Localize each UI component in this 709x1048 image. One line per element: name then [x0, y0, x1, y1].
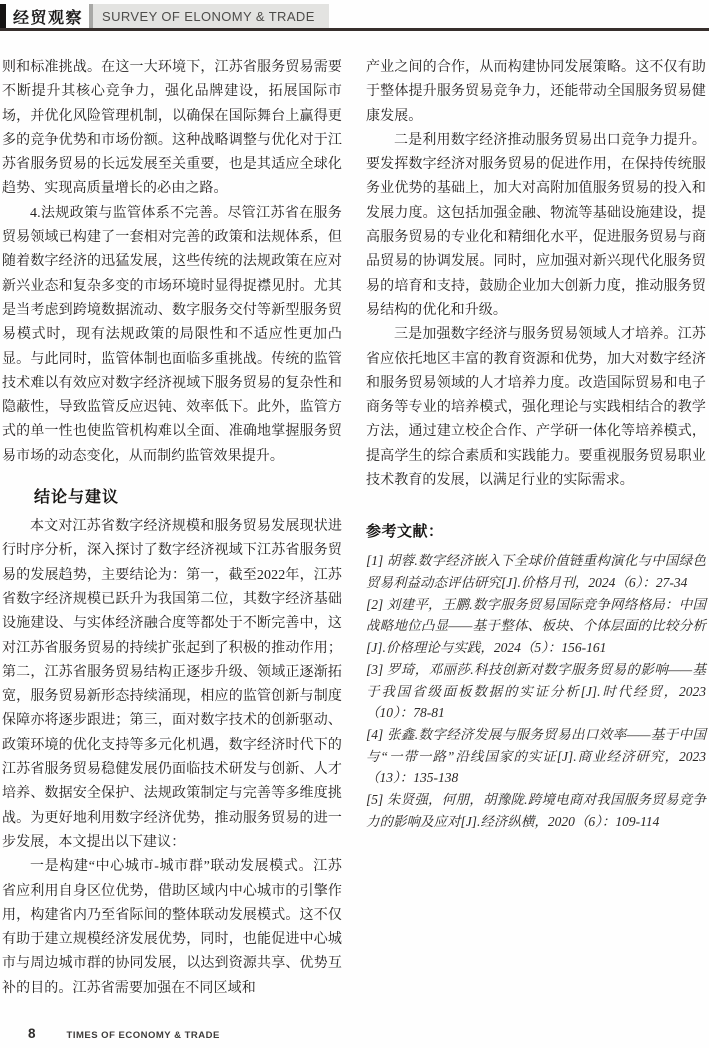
header-rule: [0, 28, 709, 31]
journal-page: 经贸观察 SURVEY OF ELONOMY & TRADE 则和标准挑战。在这…: [0, 0, 709, 1048]
reference-item: [1] 胡蓉.数字经济嵌入下全球价值链重构演化与中国绿色贸易利益动态评估研究[J…: [366, 550, 706, 593]
reference-item: [4] 张鑫.数字经济发展与服务贸易出口效率——基于中国与“一带一路”沿线国家的…: [366, 724, 706, 789]
reference-item: [3] 罗琦，邓丽莎.科技创新对数字服务贸易的影响——基于我国省级面板数据的实证…: [366, 659, 706, 724]
section-tag-english-box: SURVEY OF ELONOMY & TRADE: [93, 4, 329, 28]
paragraph-continuation: 则和标准挑战。在这一大环境下，江苏省服务贸易需要不断提升其核心竞争力，强化品牌建…: [2, 56, 342, 202]
paragraph-conclusions: 本文对江苏省数字经济规模和服务贸易发展现状进行时序分析，深入探讨了数字经济视域下…: [2, 515, 342, 855]
paragraph-suggestion-three: 三是加强数字经济与服务贸易领域人才培养。江苏省应依托地区丰富的教育资源和优势，加…: [366, 323, 706, 493]
paragraph-suggestion-one: 一是构建“中心城市-城市群”联动发展模式。江苏省应利用自身区位优势，借助区域内中…: [2, 855, 342, 1001]
section-tag-english: SURVEY OF ELONOMY & TRADE: [102, 9, 315, 24]
section-heading-conclusion: 结论与建议: [2, 484, 342, 507]
paragraph-continuation: 产业之间的合作，从而构建协同发展策略。这不仅有助于整体提升服务贸易竞争力，还能带…: [366, 56, 706, 129]
page-header: 经贸观察 SURVEY OF ELONOMY & TRADE: [0, 3, 709, 29]
left-column: 则和标准挑战。在这一大环境下，江苏省服务贸易需要不断提升其核心竞争力，强化品牌建…: [2, 56, 342, 1001]
paragraph-suggestion-two: 二是利用数字经济推动服务贸易出口竞争力提升。要发挥数字经济对服务贸易的促进作用，…: [366, 129, 706, 323]
article-body: 则和标准挑战。在这一大环境下，江苏省服务贸易需要不断提升其核心竞争力，强化品牌建…: [2, 56, 706, 1001]
page-footer: 8 TIMES OF ECONOMY & TRADE: [28, 1026, 220, 1041]
header-accent-bar: [0, 4, 6, 28]
references-heading: 参考文献：: [366, 520, 706, 541]
journal-name: TIMES OF ECONOMY & TRADE: [67, 1030, 220, 1041]
reference-item: [5] 朱贤强，何朋，胡豫陇.跨境电商对我国服务贸易竞争力的影响及应对[J].经…: [366, 789, 706, 832]
section-tag-chinese: 经贸观察: [13, 5, 83, 28]
reference-item: [2] 刘建平，王鹏.数字服务贸易国际竞争网络格局：中国战略地位凸显——基于整体…: [366, 594, 706, 659]
right-column: 产业之间的合作，从而构建协同发展策略。这不仅有助于整体提升服务贸易竞争力，还能带…: [366, 56, 706, 1001]
paragraph-regulation-challenges: 4.法规政策与监管体系不完善。尽管江苏省在服务贸易领域已构建了一套相对完善的政策…: [2, 202, 342, 469]
page-number: 8: [28, 1026, 36, 1041]
